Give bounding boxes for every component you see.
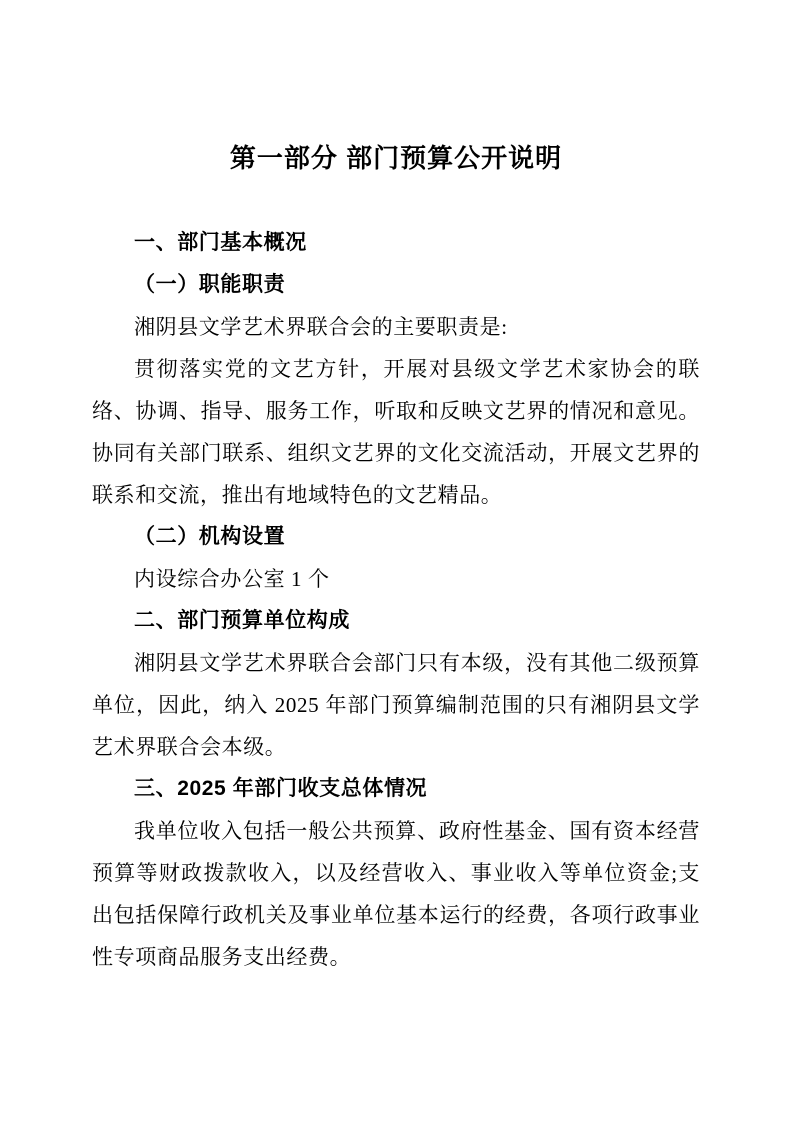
heading-functions-duties: （一）职能职责 xyxy=(92,264,700,306)
paragraph-duties-detail: 贯彻落实党的文艺方针，开展对县级文学艺术家协会的联络、协调、指导、服务工作，听取… xyxy=(92,348,700,516)
paragraph-internal-office: 内设综合办公室 1 个 xyxy=(92,558,700,600)
heading-2025-revenue-expenditure: 三、2025 年部门收支总体情况 xyxy=(92,768,700,810)
paragraph-revenue-expenditure-detail: 我单位收入包括一般公共预算、政府性基金、国有资本经营预算等财政拨款收入，以及经营… xyxy=(92,810,700,978)
heading-budget-unit-composition: 二、部门预算单位构成 xyxy=(92,600,700,642)
heading-organization-setup: （二）机构设置 xyxy=(92,516,700,558)
heading-department-overview: 一、部门基本概况 xyxy=(92,222,700,264)
document-title: 第一部分 部门预算公开说明 xyxy=(92,136,700,180)
paragraph-budget-unit-detail: 湘阴县文学艺术界联合会部门只有本级，没有其他二级预算单位，因此，纳入 2025 … xyxy=(92,642,700,768)
paragraph-duties-intro: 湘阴县文学艺术界联合会的主要职责是: xyxy=(92,306,700,348)
document-page: 第一部分 部门预算公开说明 一、部门基本概况 （一）职能职责 湘阴县文学艺术界联… xyxy=(0,0,793,1122)
